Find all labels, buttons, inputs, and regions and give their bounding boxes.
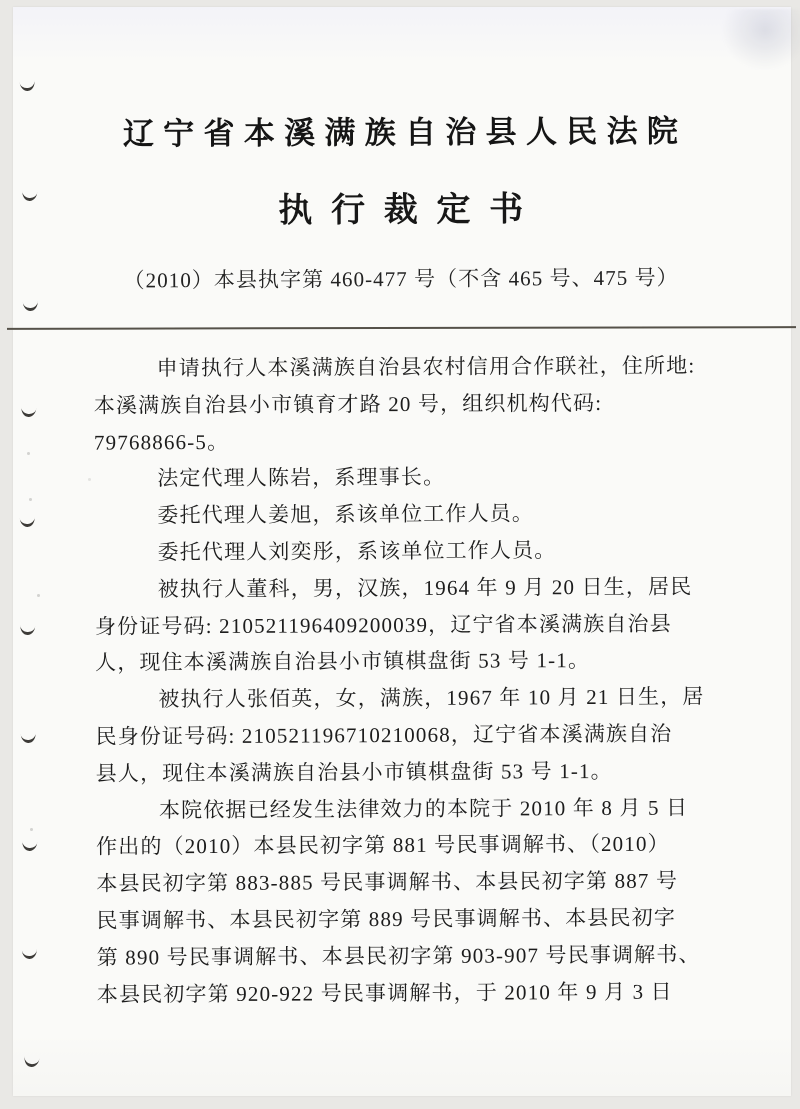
document-content: 辽宁省本溪满族自治县人民法院 执行裁定书 （2010）本县执字第 460-477… — [11, 5, 795, 1098]
scan-speck — [29, 498, 32, 501]
body-line: 人，现住本溪满族自治县小市镇棋盘街 53 号 1-1。 — [95, 642, 732, 682]
body-line: 县人，现住本溪满族自治县小市镇棋盘街 53 号 1-1。 — [96, 752, 733, 792]
body-line: 被执行人张佰英，女，满族，1967 年 10 月 21 日生，居 — [95, 678, 732, 718]
body-line: 法定代理人陈岩，系理事长。 — [94, 458, 731, 498]
body-line: 被执行人董科，男，汉族，1964 年 9 月 20 日生，居民 — [95, 568, 732, 608]
document-body: 申请执行人本溪满族自治县农村信用合作联社，住所地: 本溪满族自治县小市镇育才路 … — [94, 347, 734, 1013]
paper-sheet: 辽宁省本溪满族自治县人民法院 执行裁定书 （2010）本县执字第 460-477… — [13, 7, 791, 1096]
body-line: 本溪满族自治县小市镇育才路 20 号，组织机构代码: — [94, 384, 731, 424]
body-line: 民身份证号码: 210521196710210068，辽宁省本溪满族自治 — [95, 715, 732, 755]
scan-speck — [37, 594, 40, 597]
scanned-court-document: { "document": { "court_name": "辽宁省本溪满族自治… — [0, 0, 800, 1109]
body-line: 委托代理人姜旭，系该单位工作人员。 — [94, 494, 731, 534]
document-title: 执行裁定书 — [12, 180, 790, 233]
case-number: （2010）本县执字第 460-477 号（不含 465 号、475 号） — [12, 261, 790, 295]
body-line: 身份证号码: 210521196409200039，辽宁省本溪满族自治县 — [95, 605, 732, 645]
body-line: 申请执行人本溪满族自治县农村信用合作联社，住所地: — [94, 347, 731, 387]
body-line: 作出的（2010）本县民初字第 881 号民事调解书、（2010） — [96, 826, 733, 866]
scan-speck — [88, 478, 91, 481]
body-line: 民事调解书、本县民初字第 889 号民事调解书、本县民初字 — [96, 899, 733, 939]
scan-speck — [30, 828, 33, 831]
scan-background: 辽宁省本溪满族自治县人民法院 执行裁定书 （2010）本县执字第 460-477… — [0, 0, 800, 1109]
court-name: 辽宁省本溪满族自治县人民法院 — [11, 105, 789, 154]
body-line: 本县民初字第 920-922 号民事调解书，于 2010 年 9 月 3 日 — [97, 973, 734, 1013]
body-line: 委托代理人刘奕彤，系该单位工作人员。 — [94, 531, 731, 571]
body-line: 本县民初字第 883-885 号民事调解书、本县民初字第 887 号 — [96, 862, 733, 902]
body-line: 本院依据已经发生法律效力的本院于 2010 年 8 月 5 日 — [96, 789, 733, 829]
body-line: 第 890 号民事调解书、本县民初字第 903-907 号民事调解书、 — [97, 936, 734, 976]
scan-speck — [27, 452, 30, 455]
body-line: 79768866-5。 — [94, 421, 731, 461]
